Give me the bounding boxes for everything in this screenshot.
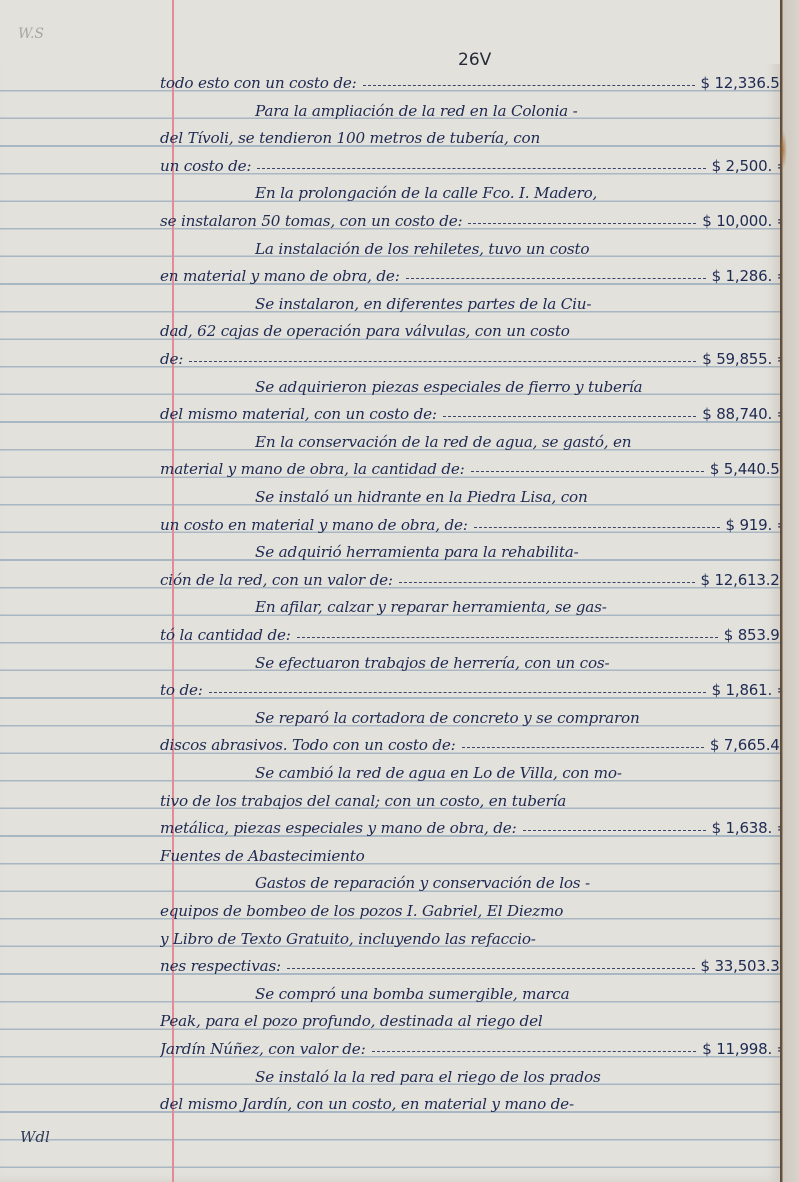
ledger-entry-line: del mismo material, con un costo de:$ 88… (160, 397, 795, 423)
line-text: un costo de: (160, 157, 251, 175)
page-header-area (0, 0, 780, 64)
corner-mark: W.S (18, 26, 44, 42)
ledger-entry-line: metálica, piezas especiales y mano de ob… (160, 811, 795, 837)
ledger-entry-line: ción de la red, con un valor de:$ 12,613… (160, 563, 795, 589)
line-text: del mismo Jardín, con un costo, en mater… (160, 1095, 574, 1113)
text-line: Se adquirió herramienta para la rehabili… (160, 535, 795, 561)
line-text: del mismo material, con un costo de: (160, 405, 437, 423)
ledger-entry-line: se instalaron 50 tomas, con un costo de:… (160, 204, 795, 230)
text-line: Se adquirieron piezas especiales de fier… (160, 370, 795, 396)
line-text: y Libro de Texto Gratuito, incluyendo la… (160, 930, 536, 948)
line-text: Se adquirió herramienta para la rehabili… (160, 543, 579, 561)
ledger-entry-line: un costo de:$ 2,500. = (160, 149, 795, 175)
text-line: Se efectuaron trabajos de herrería, con … (160, 646, 795, 672)
ledger-entry-line: de:$ 59,855. = (160, 342, 795, 368)
text-line: dad, 62 cajas de operación para válvulas… (160, 314, 795, 340)
ledger-entry-line: en material y mano de obra, de:$ 1,286. … (160, 259, 795, 285)
section-heading: Fuentes de Abastecimiento (160, 839, 795, 865)
line-text: Gastos de reparación y conservación de l… (160, 874, 590, 892)
line-text: En la conservación de la red de agua, se… (160, 433, 631, 451)
line-text: ción de la red, con un valor de: (160, 571, 393, 589)
margin-initials: Wdl (20, 1128, 50, 1146)
ledger-entry-line: todo esto con un costo de:$ 12,336.50 (160, 66, 795, 92)
text-line: Para la ampliación de la red en la Colon… (160, 94, 795, 120)
text-line: del mismo Jardín, con un costo, en mater… (160, 1087, 795, 1113)
line-text: Peak, para el pozo profundo, destinada a… (160, 1012, 543, 1030)
ledger-entry-line: material y mano de obra, la cantidad de:… (160, 452, 795, 478)
dotted-leader (257, 168, 705, 169)
dotted-leader (474, 527, 720, 528)
line-text: tó la cantidad de: (160, 626, 291, 644)
line-text: Se reparó la cortadora de concreto y se … (160, 709, 640, 727)
dotted-leader (443, 416, 696, 417)
text-line: Gastos de reparación y conservación de l… (160, 866, 795, 892)
ledger-entry-line: tó la cantidad de:$ 853.90 (160, 618, 795, 644)
text-line: Se cambió la red de agua en Lo de Villa,… (160, 756, 795, 782)
text-line: Se instaló la la red para el riego de lo… (160, 1060, 795, 1086)
dotted-leader (287, 968, 695, 969)
text-line: del Tívoli, se tendieron 100 metros de t… (160, 121, 795, 147)
line-text: Para la ampliación de la red en la Colon… (160, 102, 578, 120)
line-text: Se compró una bomba sumergible, marca (160, 985, 569, 1003)
line-text: La instalación de los rehiletes, tuvo un… (160, 240, 589, 258)
dotted-leader (399, 582, 695, 583)
text-line: Se instaló un hidrante en la Piedra Lisa… (160, 480, 795, 506)
text-line: y Libro de Texto Gratuito, incluyendo la… (160, 922, 795, 948)
ledger-entry-line: discos abrasivos. Todo con un costo de:$… (160, 728, 795, 754)
line-text: En la prolongación de la calle Fco. I. M… (160, 184, 597, 202)
line-text: de: (160, 350, 183, 368)
ledger-entry-line: nes respectivas:$ 33,503.30 (160, 949, 795, 975)
text-line: Peak, para el pozo profundo, destinada a… (160, 1004, 795, 1030)
ledger-page: W.S 26V Wdl todo esto con un costo de:$ … (0, 0, 780, 1182)
ledger-entry-line: un costo en material y mano de obra, de:… (160, 508, 795, 534)
line-text: Fuentes de Abastecimiento (160, 847, 365, 865)
text-line: En afilar, calzar y reparar herramienta,… (160, 590, 795, 616)
line-text: metálica, piezas especiales y mano de ob… (160, 819, 517, 837)
line-text: tivo de los trabajos del canal; con un c… (160, 792, 566, 810)
dotted-leader (471, 471, 704, 472)
rust-stain (779, 130, 787, 170)
dotted-leader (209, 692, 706, 693)
dotted-leader (372, 1051, 697, 1052)
line-text: Se instaló la la red para el riego de lo… (160, 1068, 601, 1086)
line-text: Se instaló un hidrante en la Piedra Lisa… (160, 488, 588, 506)
line-text: material y mano de obra, la cantidad de: (160, 460, 465, 478)
line-text: discos abrasivos. Todo con un costo de: (160, 736, 456, 754)
line-text: Se adquirieron piezas especiales de fier… (160, 378, 642, 396)
book-spine (780, 0, 799, 1182)
text-line: La instalación de los rehiletes, tuvo un… (160, 232, 795, 258)
line-text: Se instalaron, en diferentes partes de l… (160, 295, 591, 313)
dotted-leader (468, 223, 696, 224)
ledger-entry-line: to de:$ 1,861. = (160, 673, 795, 699)
text-line: Se reparó la cortadora de concreto y se … (160, 701, 795, 727)
text-line: Se compró una bomba sumergible, marca (160, 977, 795, 1003)
dotted-leader (189, 361, 696, 362)
line-text: Se cambió la red de agua en Lo de Villa,… (160, 764, 622, 782)
line-text: dad, 62 cajas de operación para válvulas… (160, 322, 570, 340)
line-text: del Tívoli, se tendieron 100 metros de t… (160, 129, 540, 147)
dotted-leader (523, 830, 706, 831)
line-text: nes respectivas: (160, 957, 281, 975)
text-line: equipos de bombeo de los pozos I. Gabrie… (160, 894, 795, 920)
line-text: se instalaron 50 tomas, con un costo de: (160, 212, 462, 230)
ledger-entry-line: Jardín Núñez, con valor de:$ 11,998. = (160, 1032, 795, 1058)
dotted-leader (462, 747, 704, 748)
line-text: Se efectuaron trabajos de herrería, con … (160, 654, 609, 672)
dotted-leader (297, 637, 718, 638)
dotted-leader (406, 278, 706, 279)
dotted-leader (363, 85, 695, 86)
line-text: un costo en material y mano de obra, de: (160, 516, 468, 534)
line-text: to de: (160, 681, 203, 699)
line-text: equipos de bombeo de los pozos I. Gabrie… (160, 902, 563, 920)
text-line: tivo de los trabajos del canal; con un c… (160, 784, 795, 810)
text-line: En la conservación de la red de agua, se… (160, 425, 795, 451)
line-text: todo esto con un costo de: (160, 74, 357, 92)
text-line: En la prolongación de la calle Fco. I. M… (160, 176, 795, 202)
line-text: En afilar, calzar y reparar herramienta,… (160, 598, 607, 616)
line-text: en material y mano de obra, de: (160, 267, 400, 285)
line-text: Jardín Núñez, con valor de: (160, 1040, 366, 1058)
text-line: Se instalaron, en diferentes partes de l… (160, 287, 795, 313)
